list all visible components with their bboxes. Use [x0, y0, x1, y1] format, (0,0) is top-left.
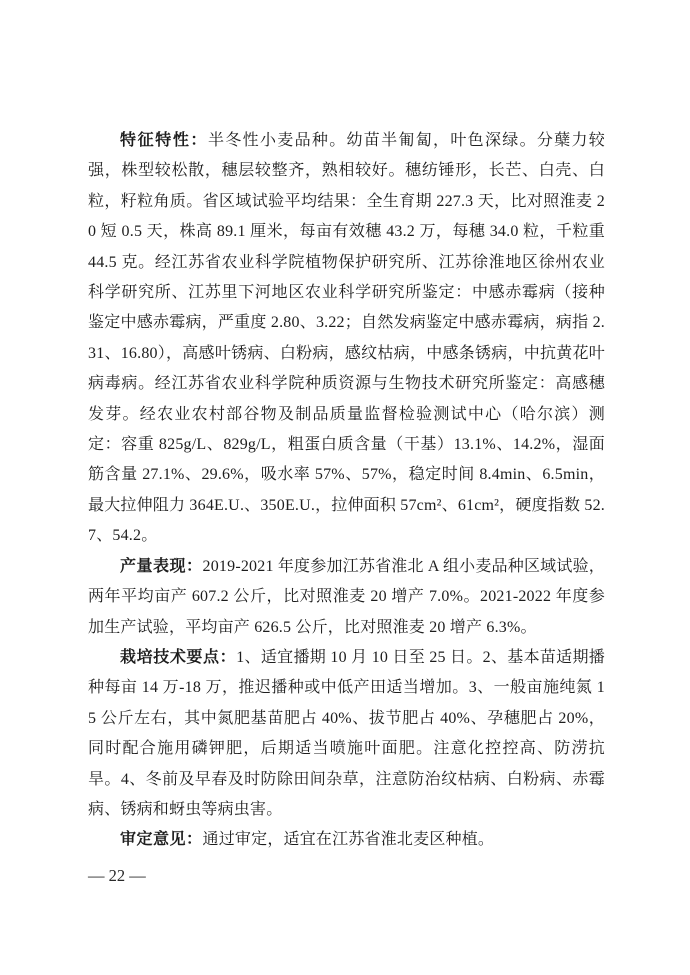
paragraph-yield-performance: 产量表现：2019-2021 年度参加江苏省淮北 A 组小麦品种区域试验，两年平… [88, 552, 605, 643]
page-number: — 22 — [88, 861, 146, 891]
document-page: 特征特性：半冬性小麦品种。幼苗半匍匐，叶色深绿。分蘖力较强，株型较松散，穗层较整… [0, 0, 690, 975]
paragraph-cultivation-techniques: 栽培技术要点：1、适宜播期 10 月 10 日至 25 日。2、基本苗适期播种每… [88, 643, 605, 825]
paragraph-cultivation-techniques-label: 栽培技术要点： [120, 649, 236, 666]
paragraph-approval-opinion-text: 通过审定，适宜在江苏省淮北麦区种植。 [203, 831, 495, 848]
paragraph-characteristics-label: 特征特性： [120, 132, 208, 149]
paragraph-approval-opinion-label: 审定意见： [120, 831, 203, 848]
paragraph-yield-performance-label: 产量表现： [120, 558, 203, 575]
document-body: 特征特性：半冬性小麦品种。幼苗半匍匐，叶色深绿。分蘖力较强，株型较松散，穗层较整… [88, 126, 605, 856]
paragraph-characteristics-text: 半冬性小麦品种。幼苗半匍匐，叶色深绿。分蘖力较强，株型较松散，穗层较整齐，熟相较… [88, 132, 605, 544]
paragraph-approval-opinion: 审定意见：通过审定，适宜在江苏省淮北麦区种植。 [88, 825, 605, 855]
paragraph-characteristics: 特征特性：半冬性小麦品种。幼苗半匍匐，叶色深绿。分蘖力较强，株型较松散，穗层较整… [88, 126, 605, 552]
paragraph-cultivation-techniques-text: 1、适宜播期 10 月 10 日至 25 日。2、基本苗适期播种每亩 14 万-… [88, 649, 605, 818]
